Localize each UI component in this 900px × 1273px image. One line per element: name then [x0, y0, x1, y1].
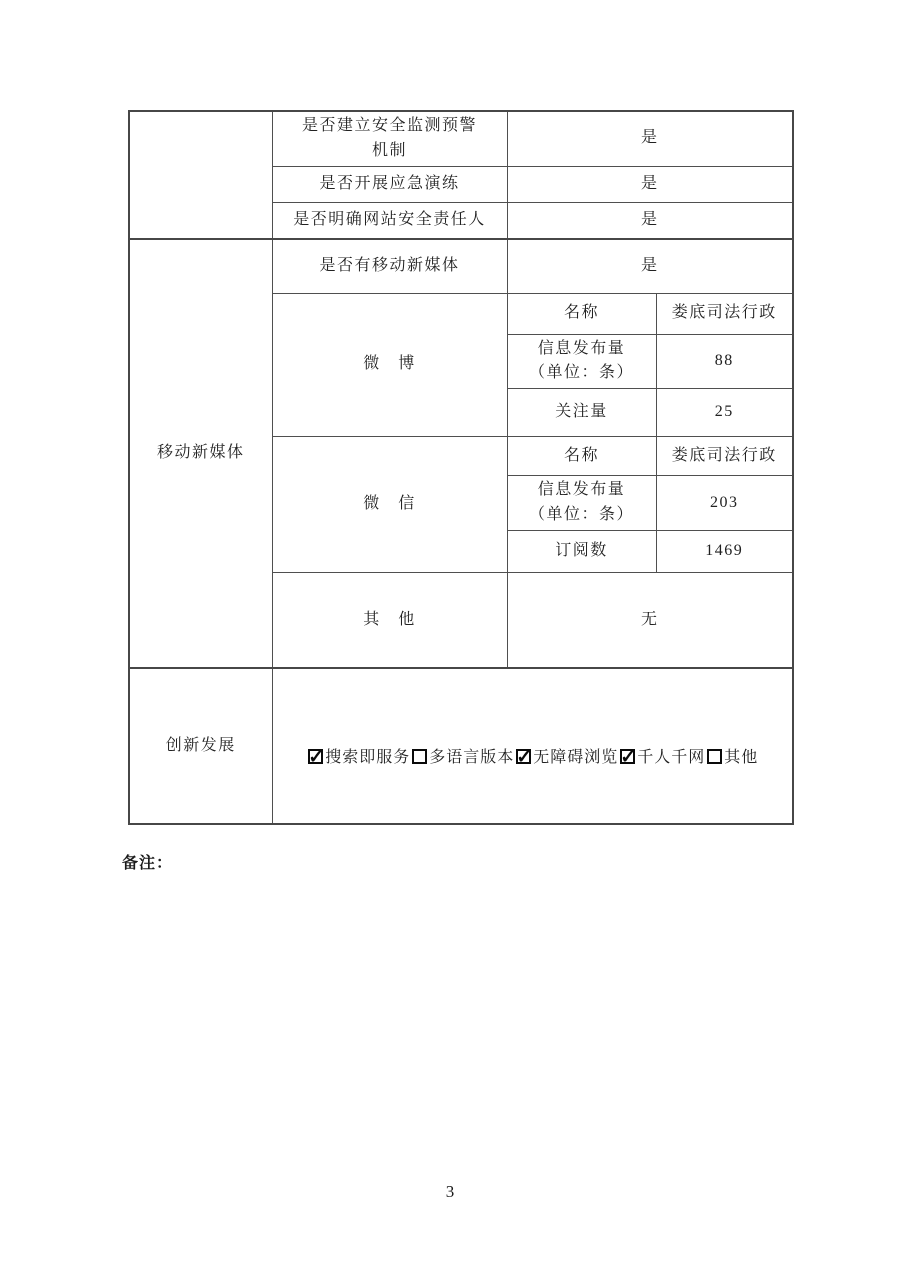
wechat-subscribers-label: 订阅数 — [507, 530, 656, 572]
document-page: 是否建立安全监测预警 机制 是 是否开展应急演练 是 是否明确网站安全责任人 是… — [0, 0, 900, 1273]
table-row: 是否建立安全监测预警 机制 是 — [129, 111, 793, 166]
wechat-label: 微 信 — [272, 437, 507, 573]
remarks-label: 备注： — [122, 850, 173, 873]
has-mobile-media-label: 是否有移动新媒体 — [272, 239, 507, 293]
emergency-drill-value: 是 — [507, 166, 793, 202]
wechat-posts-label: 信息发布量 （单位：条） — [507, 476, 656, 531]
weibo-followers-value: 25 — [656, 389, 793, 437]
emergency-drill-label: 是否开展应急演练 — [272, 166, 507, 202]
weibo-label: 微 博 — [272, 293, 507, 437]
checkbox-other[interactable] — [707, 749, 722, 764]
continuation-header-cell — [129, 111, 272, 239]
checkbox-label-accessibility: 无障碍浏览 — [533, 749, 618, 766]
wechat-subscribers-value: 1469 — [656, 530, 793, 572]
checkbox-label-other: 其他 — [724, 749, 758, 766]
table-row: 创新发展 搜索即服务多语言版本无障碍浏览千人千网其他 — [129, 668, 793, 824]
weibo-name-label: 名称 — [507, 293, 656, 334]
checkbox-multilingual[interactable] — [412, 749, 427, 764]
checkbox-personalized[interactable] — [620, 749, 635, 764]
other-media-label: 其 他 — [272, 572, 507, 668]
checkbox-search-service[interactable] — [308, 749, 323, 764]
checkbox-label-search-service: 搜索即服务 — [325, 749, 410, 766]
wechat-name-value: 娄底司法行政 — [656, 437, 793, 476]
innovation-section-header: 创新发展 — [129, 668, 272, 824]
wechat-name-label: 名称 — [507, 437, 656, 476]
annual-report-table: 是否建立安全监测预警 机制 是 是否开展应急演练 是 是否明确网站安全责任人 是… — [128, 110, 794, 825]
wechat-posts-value: 203 — [656, 476, 793, 531]
table-row: 移动新媒体 是否有移动新媒体 是 — [129, 239, 793, 293]
weibo-posts-label: 信息发布量 （单位：条） — [507, 334, 656, 389]
page-number: 3 — [0, 1182, 900, 1202]
checkbox-label-multilingual: 多语言版本 — [429, 749, 514, 766]
security-monitor-label: 是否建立安全监测预警 机制 — [272, 111, 507, 166]
weibo-posts-value: 88 — [656, 334, 793, 389]
security-officer-value: 是 — [507, 202, 793, 239]
has-mobile-media-value: 是 — [507, 239, 793, 293]
weibo-followers-label: 关注量 — [507, 389, 656, 437]
weibo-name-value: 娄底司法行政 — [656, 293, 793, 334]
innovation-options-cell: 搜索即服务多语言版本无障碍浏览千人千网其他 — [272, 668, 793, 824]
security-monitor-value: 是 — [507, 111, 793, 166]
checkbox-label-personalized: 千人千网 — [637, 749, 705, 766]
other-media-value: 无 — [507, 572, 793, 668]
mobile-media-section-header: 移动新媒体 — [129, 239, 272, 668]
security-officer-label: 是否明确网站安全责任人 — [272, 202, 507, 239]
checkbox-accessibility[interactable] — [516, 749, 531, 764]
